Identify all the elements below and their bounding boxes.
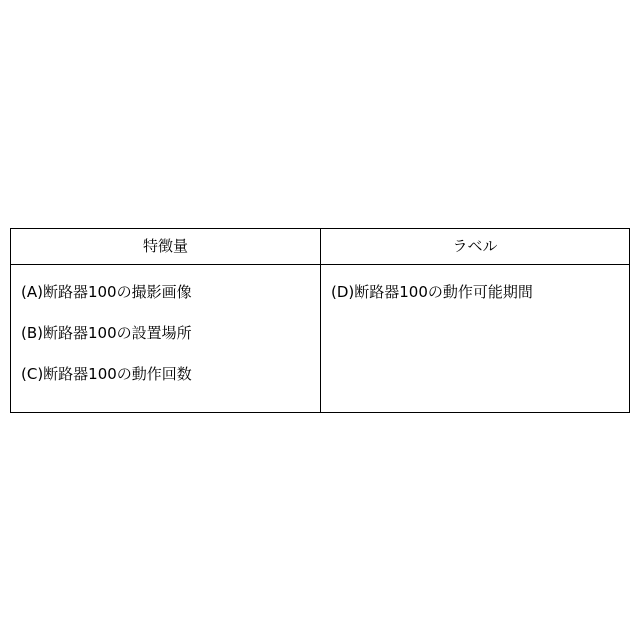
features-cell: (A)断路器100の撮影画像 (B)断路器100の設置場所 (C)断路器100の… <box>11 265 320 412</box>
header-label: ラベル <box>321 229 629 264</box>
feature-label-table: 特徴量 ラベル (A)断路器100の撮影画像 (B)断路器100の設置場所 (C… <box>10 228 630 413</box>
label-cell: (D)断路器100の動作可能期間 <box>321 265 629 412</box>
header-features: 特徴量 <box>11 229 320 264</box>
feature-item-b: (B)断路器100の設置場所 <box>21 322 320 363</box>
label-item-d: (D)断路器100の動作可能期間 <box>331 281 629 322</box>
feature-item-c: (C)断路器100の動作回数 <box>21 363 320 404</box>
feature-item-a: (A)断路器100の撮影画像 <box>21 281 320 322</box>
